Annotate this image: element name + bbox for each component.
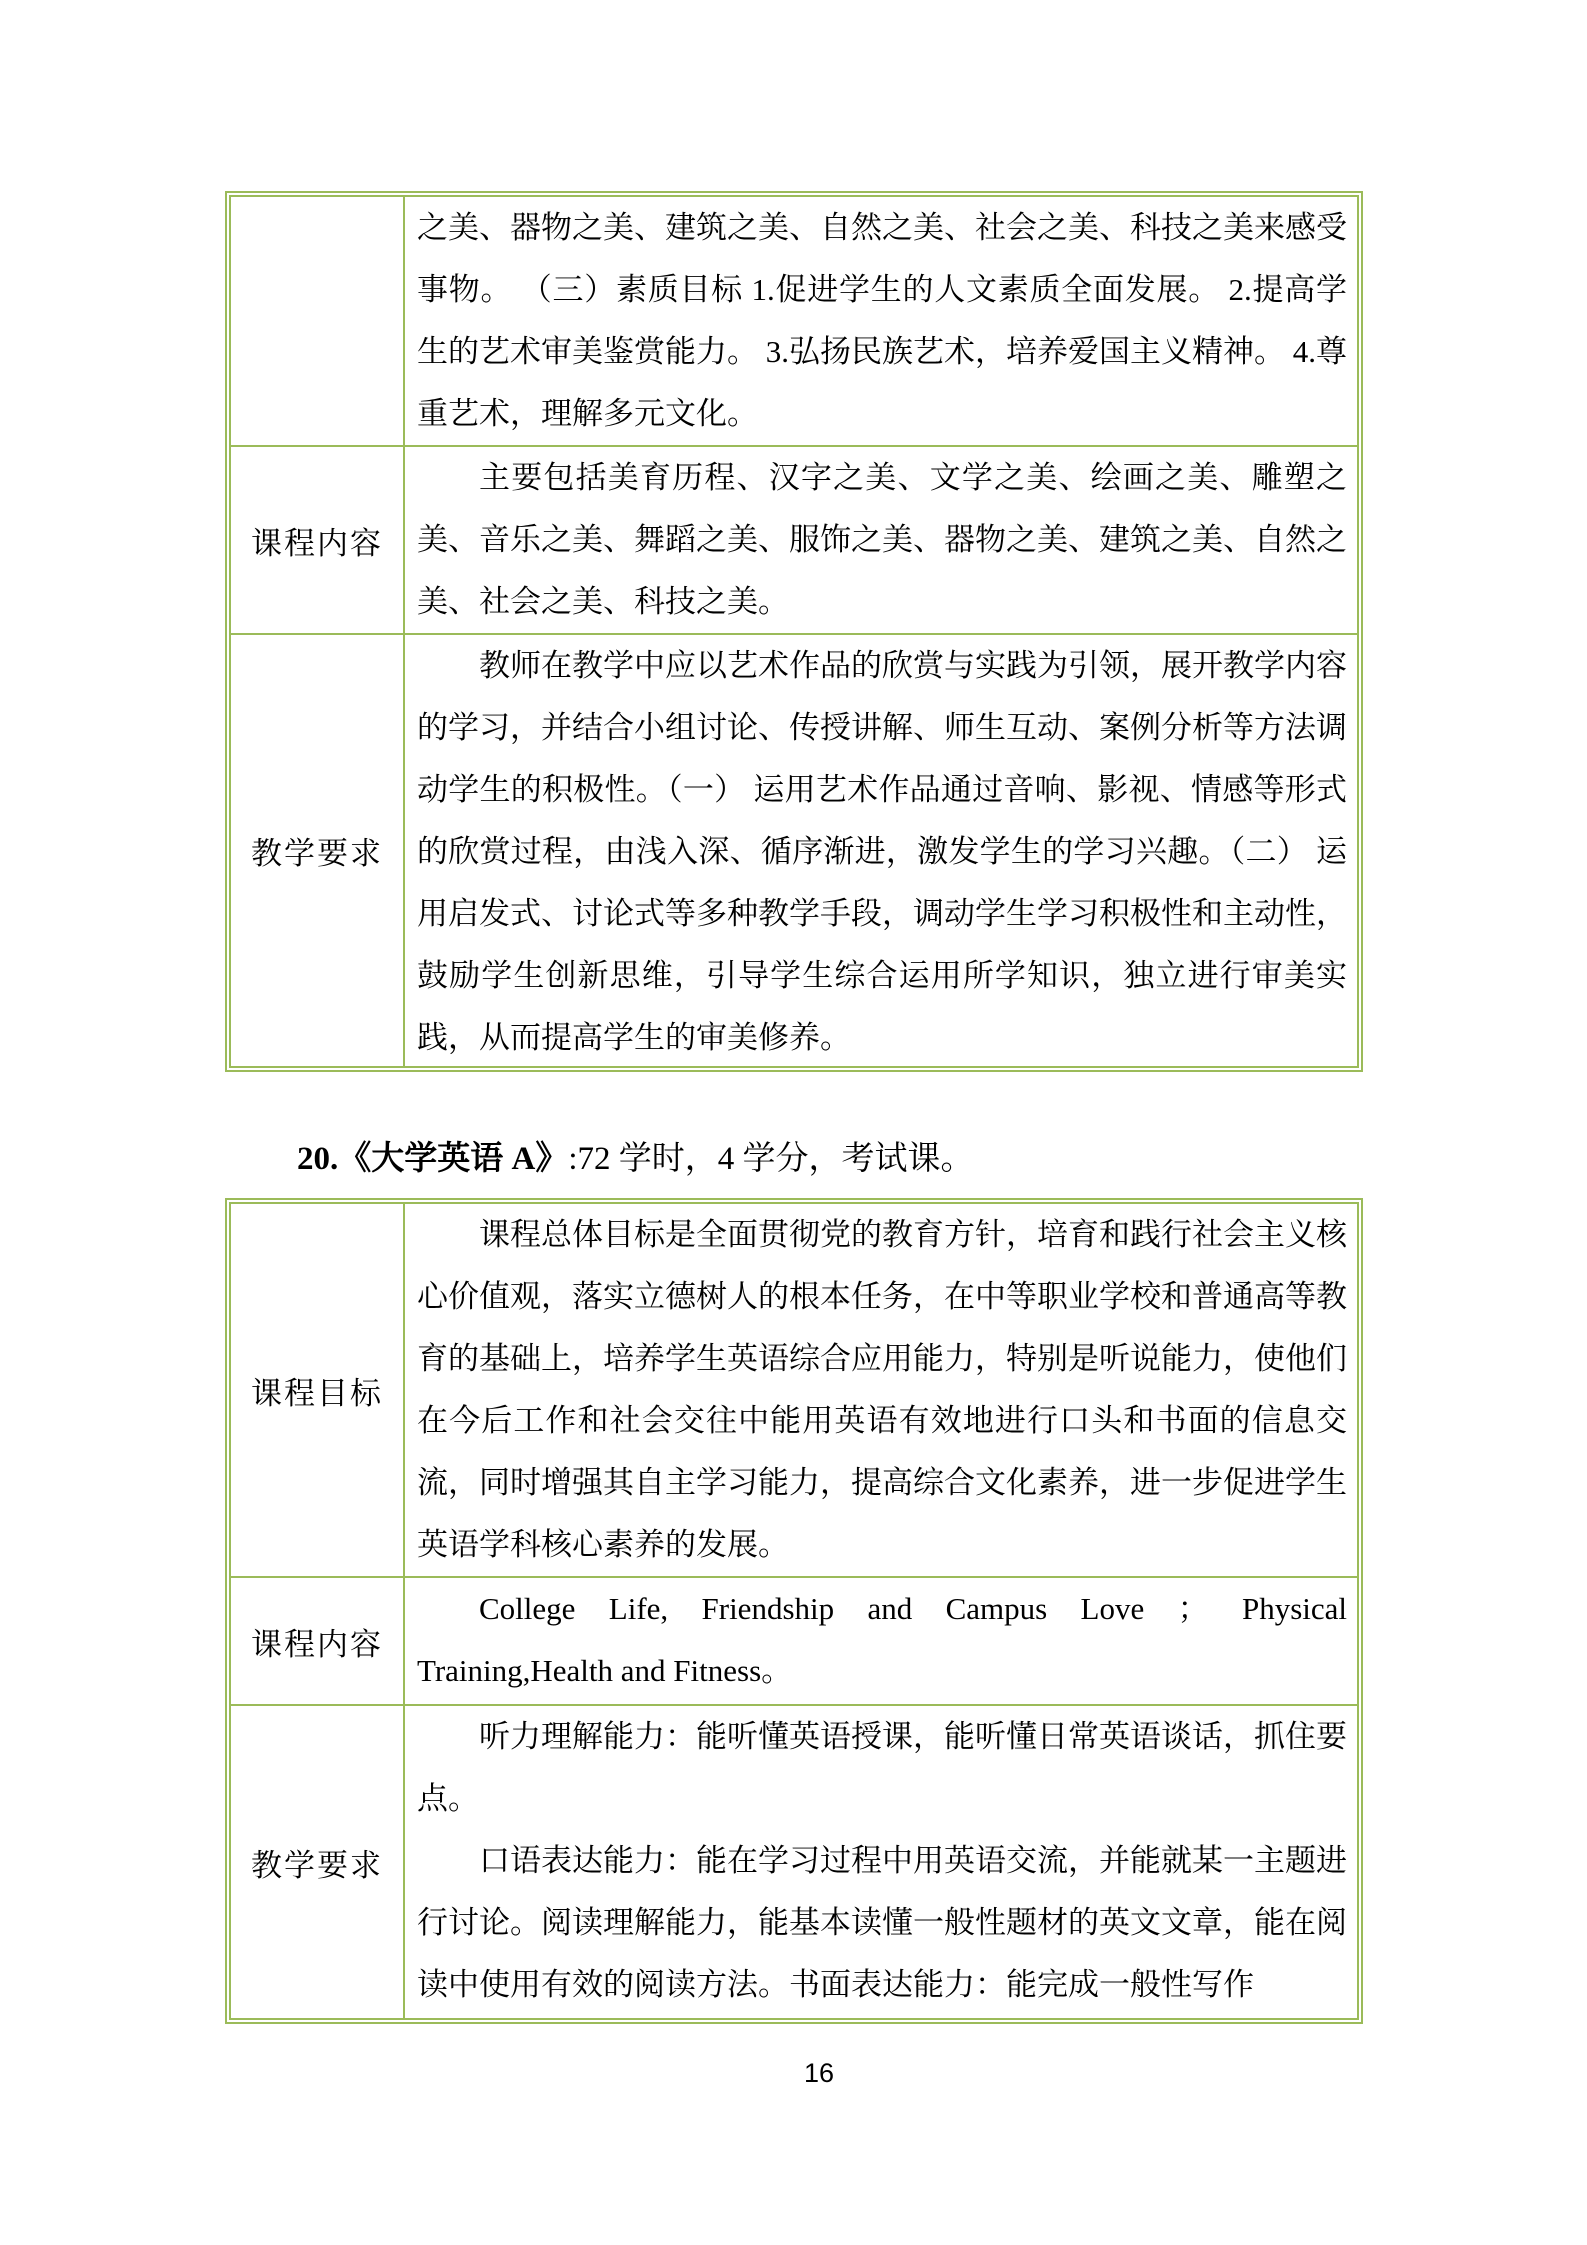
paragraph: 之美、器物之美、建筑之美、自然之美、社会之美、科技之美来感受事物。 （三）素质目… xyxy=(417,197,1347,445)
table1-row1-label xyxy=(231,197,405,445)
course-heading: 20.《大学英语 A》:72 学时，4 学分，考试课。 xyxy=(297,1128,974,1190)
table2-row3-content: 听力理解能力：能听懂英语授课，能听懂日常英语谈话，抓住要点。 口语表达能力：能在… xyxy=(405,1704,1357,2018)
aesthetic-course-table: 之美、器物之美、建筑之美、自然之美、社会之美、科技之美来感受事物。 （三）素质目… xyxy=(225,191,1363,1072)
table1-row2-content: 主要包括美育历程、汉字之美、文学之美、绘画之美、雕塑之美、音乐之美、舞蹈之美、服… xyxy=(405,445,1357,633)
paragraph: 听力理解能力：能听懂英语授课，能听懂日常英语谈话，抓住要点。 xyxy=(417,1706,1347,1830)
table2-row1-label: 课程目标 xyxy=(231,1204,405,1576)
paragraph: 主要包括美育历程、汉字之美、文学之美、绘画之美、雕塑之美、音乐之美、舞蹈之美、服… xyxy=(417,447,1347,633)
table1-row3-content: 教师在教学中应以艺术作品的欣赏与实践为引领，展开教学内容的学习，并结合小组讨论、… xyxy=(405,633,1357,1066)
paragraph: College Life, Friendship and Campus Love… xyxy=(417,1578,1347,1702)
table2-row3-label: 教学要求 xyxy=(231,1704,405,2018)
paragraph: 教师在教学中应以艺术作品的欣赏与实践为引领，展开教学内容的学习，并结合小组讨论、… xyxy=(417,635,1347,1066)
paragraph: 课程总体目标是全面贯彻党的教育方针，培育和践行社会主义核心价值观，落实立德树人的… xyxy=(417,1204,1347,1576)
table1-row3-label: 教学要求 xyxy=(231,633,405,1066)
course-heading-info: :72 学时，4 学分，考试课。 xyxy=(568,1141,973,1177)
table1-row1-content: 之美、器物之美、建筑之美、自然之美、社会之美、科技之美来感受事物。 （三）素质目… xyxy=(405,197,1357,445)
table2-row2-label: 课程内容 xyxy=(231,1576,405,1704)
table1-row2-label: 课程内容 xyxy=(231,445,405,633)
table2-row1-content: 课程总体目标是全面贯彻党的教育方针，培育和践行社会主义核心价值观，落实立德树人的… xyxy=(405,1204,1357,1576)
table2-row2-content: College Life, Friendship and Campus Love… xyxy=(405,1576,1357,1704)
page-number: 16 xyxy=(769,2058,869,2089)
english-course-table: 课程目标 课程总体目标是全面贯彻党的教育方针，培育和践行社会主义核心价值观，落实… xyxy=(225,1198,1363,2024)
course-heading-title: 20.《大学英语 A》 xyxy=(297,1141,568,1177)
paragraph: 口语表达能力：能在学习过程中用英语交流，并能就某一主题进行讨论。阅读理解能力，能… xyxy=(417,1830,1347,2016)
